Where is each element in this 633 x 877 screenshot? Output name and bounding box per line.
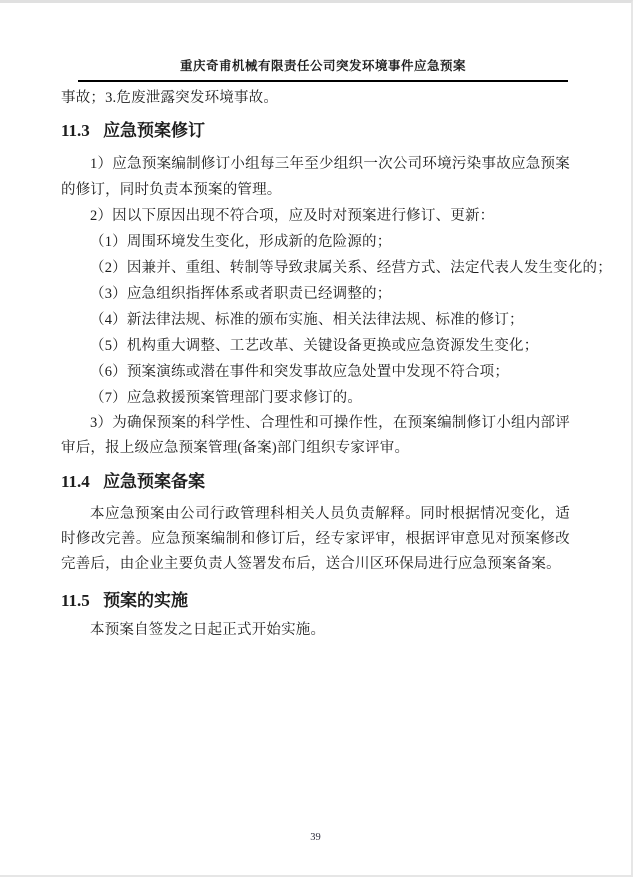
section-heading-11-4: 11.4 应急预案备案 xyxy=(61,470,570,494)
page-number: 39 xyxy=(0,832,631,843)
intro-paragraph: 事故；3.危废泄露突发环境事故。 xyxy=(61,90,570,107)
list-item: （5）机构重大调整、工艺改革、关键设备更换或应急资源发生变化； xyxy=(61,333,570,359)
paragraph: 3）为确保预案的科学性、合理性和可操作性，在预案编制修订小组内部评审后，报上级应… xyxy=(61,411,570,461)
page-content: 重庆奇甫机械有限责任公司突发环境事件应急预案 事故；3.危废泄露突发环境事故。 … xyxy=(61,58,570,640)
paragraph: 1）应急预案编制修订小组每三年至少组织一次公司环境污染事故应急预案的修订，同时负… xyxy=(61,151,570,203)
section-title: 预案的实施 xyxy=(103,591,188,610)
paragraph: 2）因以下原因出现不符合项，应及时对预案进行修订、更新： xyxy=(61,203,570,229)
section-number: 11.3 xyxy=(61,121,90,140)
document-page: 重庆奇甫机械有限责任公司突发环境事件应急预案 事故；3.危废泄露突发环境事故。 … xyxy=(0,0,633,877)
paragraph: 本应急预案由公司行政管理科相关人员负责解释。同时根据情况变化，适时修改完善。应急… xyxy=(61,502,570,577)
section-heading-11-5: 11.5 预案的实施 xyxy=(61,589,570,613)
section-title: 应急预案备案 xyxy=(103,472,205,491)
list-item: （7）应急救援预案管理部门要求修订的。 xyxy=(61,385,570,411)
page-header: 重庆奇甫机械有限责任公司突发环境事件应急预案 xyxy=(78,58,568,82)
list-item: （1）周围环境发生变化，形成新的危险源的； xyxy=(61,229,570,255)
section-number: 11.4 xyxy=(61,472,90,491)
page-header-title: 重庆奇甫机械有限责任公司突发环境事件应急预案 xyxy=(180,59,466,73)
paragraph: 本预案自签发之日起正式开始实施。 xyxy=(61,620,570,640)
section-number: 11.5 xyxy=(61,591,90,610)
list-item: （2）因兼并、重组、转制等导致隶属关系、经营方式、法定代表人发生变化的； xyxy=(61,255,570,281)
list-item: （6）预案演练或潜在事件和突发事故应急处置中发现不符合项； xyxy=(61,359,570,385)
section-title: 应急预案修订 xyxy=(103,121,205,140)
section-heading-11-3: 11.3 应急预案修订 xyxy=(61,119,570,143)
list-item: （3）应急组织指挥体系或者职责已经调整的； xyxy=(61,281,570,307)
list-item: （4）新法律法规、标准的颁布实施、相关法律法规、标准的修订； xyxy=(61,307,570,333)
